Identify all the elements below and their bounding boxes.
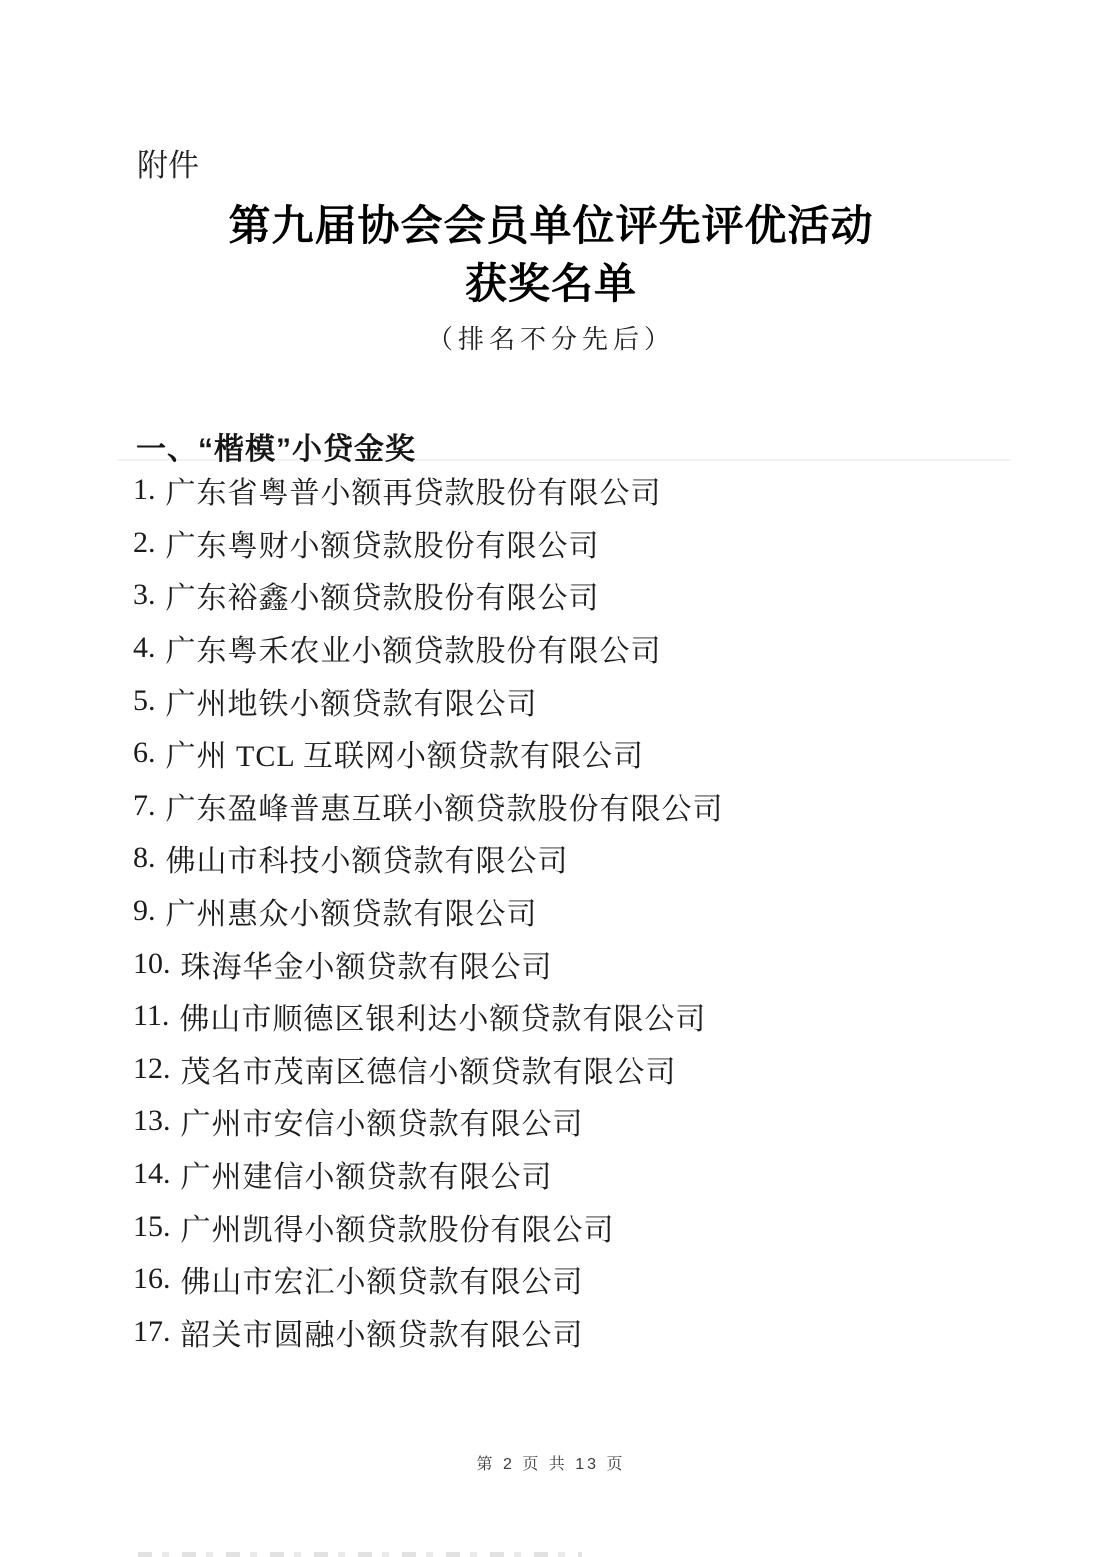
company-name: 佛山市宏汇小额贷款有限公司 bbox=[181, 1257, 584, 1301]
list-item: 10.珠海华金小额贷款有限公司 bbox=[133, 937, 724, 990]
company-name: 广东粤财小额贷款股份有限公司 bbox=[166, 521, 600, 565]
item-number: 9. bbox=[133, 894, 156, 928]
item-number: 5. bbox=[133, 684, 156, 718]
list-item: 8.佛山市科技小额贷款有限公司 bbox=[133, 832, 724, 885]
item-number: 4. bbox=[133, 631, 156, 665]
list-item: 9.广州惠众小额贷款有限公司 bbox=[133, 885, 724, 938]
list-item: 1.广东省粤普小额再贷款股份有限公司 bbox=[133, 464, 724, 517]
clipped-next-line-sliver bbox=[138, 1552, 582, 1557]
item-number: 13. bbox=[133, 1104, 171, 1138]
page-number-footer: 第 2 页 共 13 页 bbox=[0, 1451, 1102, 1474]
item-number: 7. bbox=[133, 789, 156, 823]
list-item: 7.广东盈峰普惠互联小额贷款股份有限公司 bbox=[133, 780, 724, 833]
attachment-label: 附件 bbox=[137, 148, 199, 184]
item-number: 1. bbox=[133, 473, 156, 507]
list-item: 16.佛山市宏汇小额贷款有限公司 bbox=[133, 1253, 724, 1306]
item-number: 17. bbox=[133, 1315, 171, 1349]
section-heading-gold-award: 一、“楷模”小贷金奖 bbox=[136, 424, 416, 468]
item-number: 2. bbox=[133, 526, 156, 560]
item-number: 10. bbox=[133, 947, 171, 981]
document-title: 第九届协会会员单位评先评优活动 获奖名单 bbox=[0, 198, 1102, 314]
list-item: 6.广州 TCL 互联网小额贷款有限公司 bbox=[133, 727, 724, 780]
item-number: 11. bbox=[133, 999, 169, 1033]
company-name: 珠海华金小额贷款有限公司 bbox=[181, 942, 553, 986]
company-name: 广州地铁小额贷款有限公司 bbox=[166, 679, 538, 723]
company-name: 茂名市茂南区德信小额贷款有限公司 bbox=[181, 1047, 677, 1091]
document-page: { "page": { "attachment_label": "附件", "t… bbox=[0, 0, 1102, 1557]
company-name: 广东盈峰普惠互联小额贷款股份有限公司 bbox=[166, 784, 724, 828]
ranking-note: （排名不分先后） bbox=[0, 319, 1102, 356]
company-name: 佛山市科技小额贷款有限公司 bbox=[166, 836, 569, 880]
item-number: 16. bbox=[133, 1262, 171, 1296]
company-name: 韶关市圆融小额贷款有限公司 bbox=[181, 1310, 584, 1354]
list-item: 2.广东粤财小额贷款股份有限公司 bbox=[133, 517, 724, 570]
list-item: 11.佛山市顺德区银利达小额贷款有限公司 bbox=[133, 990, 724, 1043]
company-name: 佛山市顺德区银利达小额贷款有限公司 bbox=[179, 994, 706, 1038]
document-title-line2: 获奖名单 bbox=[0, 256, 1102, 314]
company-name: 广东粤禾农业小额贷款股份有限公司 bbox=[166, 626, 662, 670]
list-item: 17.韶关市圆融小额贷款有限公司 bbox=[133, 1306, 724, 1359]
award-winner-list: 1.广东省粤普小额再贷款股份有限公司 2.广东粤财小额贷款股份有限公司 3.广东… bbox=[133, 464, 724, 1358]
list-item: 15.广州凯得小额贷款股份有限公司 bbox=[133, 1200, 724, 1253]
list-item: 14.广州建信小额贷款有限公司 bbox=[133, 1148, 724, 1201]
company-name: 广州惠众小额贷款有限公司 bbox=[166, 889, 538, 933]
item-number: 6. bbox=[133, 736, 156, 770]
company-name: 广州凯得小额贷款股份有限公司 bbox=[181, 1205, 615, 1249]
item-number: 15. bbox=[133, 1210, 171, 1244]
list-item: 12.茂名市茂南区德信小额贷款有限公司 bbox=[133, 1043, 724, 1096]
company-name: 广东省粤普小额再贷款股份有限公司 bbox=[166, 468, 662, 512]
company-name: 广州建信小额贷款有限公司 bbox=[181, 1152, 553, 1196]
item-number: 8. bbox=[133, 841, 156, 875]
company-name: 广州 TCL 互联网小额贷款有限公司 bbox=[166, 731, 645, 775]
item-number: 14. bbox=[133, 1157, 171, 1191]
item-number: 12. bbox=[133, 1052, 171, 1086]
item-number: 3. bbox=[133, 578, 156, 612]
list-item: 4.广东粤禾农业小额贷款股份有限公司 bbox=[133, 622, 724, 675]
list-item: 13.广州市安信小额贷款有限公司 bbox=[133, 1095, 724, 1148]
list-item: 3.广东裕鑫小额贷款股份有限公司 bbox=[133, 569, 724, 622]
company-name: 广州市安信小额贷款有限公司 bbox=[181, 1099, 584, 1143]
company-name: 广东裕鑫小额贷款股份有限公司 bbox=[166, 573, 600, 617]
list-item: 5.广州地铁小额贷款有限公司 bbox=[133, 674, 724, 727]
scan-artifact-line bbox=[118, 459, 1010, 461]
document-title-line1: 第九届协会会员单位评先评优活动 bbox=[0, 198, 1102, 256]
